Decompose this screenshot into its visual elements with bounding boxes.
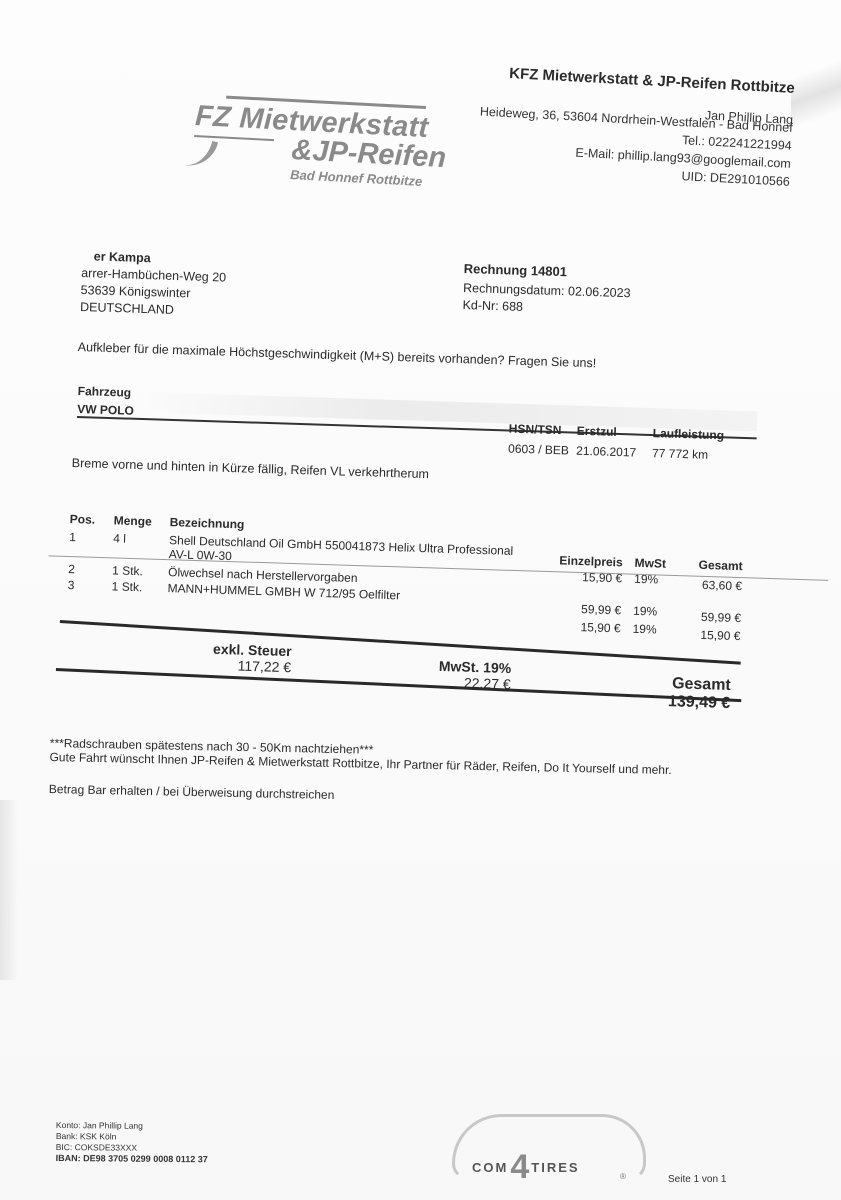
totals-bottom-rule xyxy=(56,668,741,702)
item-pos: 1 xyxy=(69,530,76,544)
vehicle-section: Fahrzeug VW POLO HSN/TSN Erstzul Lauflei… xyxy=(77,384,758,437)
recipient-address: er Kampa arrer-Hambüchen-Weg 20 53639 Kö… xyxy=(80,248,227,321)
notice-text: Aufkleber für die maximale Höchstgeschwi… xyxy=(78,340,597,370)
net-label: exkl. Steuer xyxy=(201,640,291,659)
item-tax: 19% xyxy=(632,622,656,637)
item-unit-price: 15,90 € xyxy=(556,619,620,635)
tax-value: 22,27 € xyxy=(421,673,511,692)
grand-total: Gesamt 139,49 € xyxy=(640,674,731,713)
col-desc: Bezeichnung xyxy=(170,515,245,531)
hsn-tsn-header: HSN/TSN xyxy=(509,422,577,438)
item-tax: 19% xyxy=(633,604,657,619)
item-total: 59,99 € xyxy=(679,609,741,625)
col-pos: Pos. xyxy=(70,512,96,527)
items-table: Pos. Menge Bezeichnung Einzelpreis MwSt … xyxy=(67,512,750,635)
totals-section: exkl. Steuer 117,22 € MwSt. 19% 22,27 € … xyxy=(62,636,742,657)
bank-iban: IBAN: DE98 3705 0299 0008 0112 37 xyxy=(56,1153,208,1165)
registered-icon: ® xyxy=(620,1172,626,1181)
paper-crease xyxy=(791,40,841,150)
item-total: 15,90 € xyxy=(678,627,740,643)
invoice-page: FZ Mietwerkstatt &JP-Reifen Bad Honnef R… xyxy=(0,0,841,1200)
item-unit-price: 59,99 € xyxy=(557,601,621,617)
item-qty: 4 l xyxy=(113,531,126,545)
vehicle-remark: Breme vorne und hinten in Kürze fällig, … xyxy=(72,456,430,481)
item-pos: 2 xyxy=(68,562,75,576)
mileage-value: 77 772 km xyxy=(652,446,742,463)
logo-swoosh-icon xyxy=(180,135,218,171)
company-logo: FZ Mietwerkstatt &JP-Reifen Bad Honnef R… xyxy=(192,100,448,190)
brand-digit: 4 xyxy=(510,1148,529,1186)
paper-edge-shadow xyxy=(0,800,18,980)
bank-details: Konto: Jan Phillip Lang Bank: KSK Köln B… xyxy=(56,1120,209,1165)
mileage-header: Laufleistung xyxy=(653,426,743,443)
gross-value: 139,49 € xyxy=(640,692,731,713)
invoice-title: Rechnung 14801 xyxy=(463,260,631,282)
net-value: 117,22 € xyxy=(201,656,291,675)
page-number: Seite 1 von 1 xyxy=(668,1174,726,1185)
brand-left: COM xyxy=(472,1160,508,1175)
vehicle-details: HSN/TSN Erstzul Laufleistung 0603 / BEB … xyxy=(508,422,743,463)
company-info: KFZ Mietwerkstatt & JP-Reifen Rottbitze … xyxy=(476,64,795,191)
invoice-meta: Rechnung 14801 Rechnungsdatum: 02.06.202… xyxy=(462,260,631,319)
com4tires-logo: COM4TIRES ® xyxy=(448,1110,648,1180)
brand-right: TIRES xyxy=(531,1160,579,1175)
tax-total: MwSt. 19% 22,27 € xyxy=(421,657,512,692)
item-qty: 1 Stk. xyxy=(112,563,143,578)
brand-text: COM4TIRES xyxy=(472,1148,580,1187)
first-registration-value: 21.06.2017 xyxy=(576,444,652,460)
recipient-country: DEUTSCHLAND xyxy=(80,299,225,321)
hsn-tsn-value: 0603 / BEB xyxy=(508,442,576,458)
net-total: exkl. Steuer 117,22 € xyxy=(201,640,292,675)
item-qty: 1 Stk. xyxy=(111,579,142,594)
col-qty: Menge xyxy=(114,513,152,528)
footer-notes: ***Radschrauben spätestens nach 30 - 50K… xyxy=(49,736,672,809)
item-pos: 3 xyxy=(67,578,74,592)
first-registration-header: Erstzul xyxy=(577,424,653,440)
